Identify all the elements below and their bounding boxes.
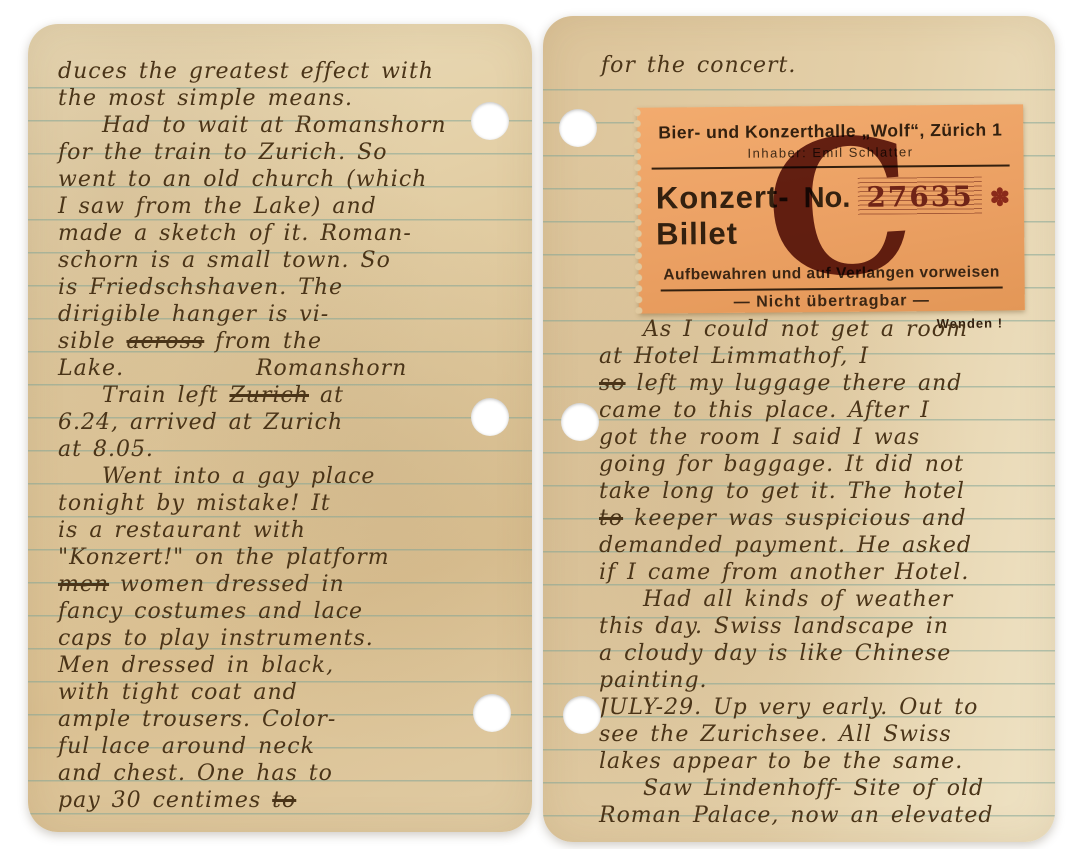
- text-segment: Roman Palace, now an elevated: [599, 803, 993, 828]
- text-segment: came to this place. After I: [599, 398, 930, 423]
- text-segment: JULY-29. Up very early. Out to: [599, 695, 978, 720]
- handwritten-line: Lake. Romanshorn: [58, 355, 518, 382]
- punch-hole: [563, 696, 601, 734]
- handwritten-line: demanded payment. He asked: [599, 532, 1047, 559]
- text-segment: 6.24, arrived at Zurich: [58, 410, 343, 435]
- text-segment: caps to play instruments.: [58, 626, 374, 651]
- stamp-letter-c: C: [761, 124, 918, 293]
- text-segment: ful lace around neck: [58, 734, 315, 759]
- handwritten-line: Train left Zurich at: [58, 382, 518, 409]
- handwritten-line: JULY-29. Up very early. Out to: [599, 694, 1047, 721]
- handwritten-line: fancy costumes and lace: [58, 598, 518, 625]
- text-segment: with tight coat and: [58, 680, 298, 705]
- handwritten-line: at Hotel Limmathof, I: [599, 343, 1047, 370]
- text-segment: pay 30 centimes: [58, 788, 272, 813]
- handwritten-line: is Friedschshaven. The: [58, 274, 518, 301]
- handwritten-line: Went into a gay place: [58, 463, 518, 490]
- text-segment: and chest. One has to: [58, 761, 333, 786]
- handwritten-line: for the train to Zurich. So: [58, 139, 518, 166]
- text-segment: demanded payment. He asked: [599, 533, 972, 558]
- handwritten-line: for the concert.: [601, 52, 796, 79]
- handwritten-line: went to an old church (which: [58, 166, 518, 193]
- punch-hole: [559, 109, 597, 147]
- handwritten-line: schorn is a small town. So: [58, 247, 518, 274]
- handwritten-line: sible across from the: [58, 328, 518, 355]
- text-segment: As I could not get a room: [599, 317, 968, 342]
- handwritten-line: Men dressed in black,: [58, 652, 518, 679]
- text-segment: if I came from another Hotel.: [599, 560, 969, 585]
- punch-hole: [473, 694, 511, 732]
- handwritten-line: got the room I said I was: [599, 424, 1047, 451]
- text-segment: take long to get it. The hotel: [599, 479, 965, 504]
- handwritten-line: duces the greatest effect with: [58, 58, 518, 85]
- text-segment: women dressed in: [109, 572, 345, 597]
- handwritten-line: is a restaurant with: [58, 517, 518, 544]
- struck-text: men: [58, 572, 109, 597]
- text-segment: Went into a gay place: [58, 464, 375, 489]
- text-segment: painting.: [599, 668, 708, 693]
- handwritten-line: painting.: [599, 667, 1047, 694]
- handwritten-line: As I could not get a room: [599, 316, 1047, 343]
- text-segment: Lake. Romanshorn: [58, 356, 407, 381]
- handwritten-line: men women dressed in: [58, 571, 518, 598]
- text-segment: dirigible hanger is vi-: [58, 302, 329, 327]
- struck-text: across: [126, 329, 204, 354]
- text-segment: tonight by mistake! It: [58, 491, 331, 516]
- text-segment: made a sketch of it. Roman-: [58, 221, 412, 246]
- handwritten-line: and chest. One has to: [58, 760, 518, 787]
- text-segment: this day. Swiss landscape in: [599, 614, 949, 639]
- text-segment: duces the greatest effect with: [58, 59, 434, 84]
- struck-text: Zurich: [230, 383, 310, 408]
- text-segment: I saw from the Lake) and: [58, 194, 377, 219]
- handwritten-line: caps to play instruments.: [58, 625, 518, 652]
- handwritten-line: at 8.05.: [58, 436, 518, 463]
- text-segment: see the Zurichsee. All Swiss: [599, 722, 952, 747]
- text-segment: for the train to Zurich. So: [58, 140, 387, 165]
- handwritten-line: so left my luggage there and: [599, 370, 1047, 397]
- struck-text: to: [599, 506, 623, 531]
- handwritten-line: take long to get it. The hotel: [599, 478, 1047, 505]
- text-segment: at 8.05.: [58, 437, 154, 462]
- text-segment: keeper was suspicious and: [623, 506, 967, 531]
- text-segment: Saw Lindenhoff- Site of old: [599, 776, 984, 801]
- handwritten-line: going for baggage. It did not: [599, 451, 1047, 478]
- text-segment: sible: [58, 329, 126, 354]
- concert-ticket: Bier- und Konzerthalle „Wolf“, Zürich 1 …: [637, 104, 1025, 313]
- handwritten-line: ample trousers. Color-: [58, 706, 518, 733]
- handwritten-line: came to this place. After I: [599, 397, 1047, 424]
- diary-left-page: duces the greatest effect withthe most s…: [28, 24, 532, 832]
- text-segment: is Friedschshaven. The: [58, 275, 343, 300]
- handwritten-line: dirigible hanger is vi-: [58, 301, 518, 328]
- punch-hole: [561, 403, 599, 441]
- text-segment: at: [309, 383, 344, 408]
- asterisk-icon: ✽: [990, 183, 1010, 212]
- struck-text: so: [599, 371, 626, 396]
- handwritten-line: 6.24, arrived at Zurich: [58, 409, 518, 436]
- handwritten-line: made a sketch of it. Roman-: [58, 220, 518, 247]
- handwritten-line: see the Zurichsee. All Swiss: [599, 721, 1047, 748]
- text-segment: Had to wait at Romanshorn: [58, 113, 447, 138]
- handwritten-line: lakes appear to be the same.: [599, 748, 1047, 775]
- handwritten-line: Had all kinds of weather: [599, 586, 1047, 613]
- text-segment: a cloudy day is like Chinese: [599, 641, 951, 666]
- handwritten-line: Roman Palace, now an elevated: [599, 802, 1047, 829]
- text-segment: Had all kinds of weather: [599, 587, 953, 612]
- struck-text: to: [272, 788, 296, 813]
- text-segment: Men dressed in black,: [58, 653, 334, 678]
- text-segment: lakes appear to be the same.: [599, 749, 963, 774]
- handwritten-line: I saw from the Lake) and: [58, 193, 518, 220]
- handwritten-line: to keeper was suspicious and: [599, 505, 1047, 532]
- handwritten-line: pay 30 centimes to: [58, 787, 518, 814]
- handwritten-line: a cloudy day is like Chinese: [599, 640, 1047, 667]
- text-segment: left my luggage there and: [626, 371, 963, 396]
- text-segment: got the room I said I was: [599, 425, 920, 450]
- handwritten-line: ful lace around neck: [58, 733, 518, 760]
- text-segment: ample trousers. Color-: [58, 707, 336, 732]
- punch-hole: [471, 102, 509, 140]
- handwritten-line: with tight coat and: [58, 679, 518, 706]
- text-segment: the most simple means.: [58, 86, 353, 111]
- text-segment: "Konzert!" on the platform: [58, 545, 390, 570]
- left-page-text: duces the greatest effect withthe most s…: [58, 58, 518, 814]
- text-segment: is a restaurant with: [58, 518, 306, 543]
- handwritten-line: "Konzert!" on the platform: [58, 544, 518, 571]
- text-segment: fancy costumes and lace: [58, 599, 363, 624]
- handwritten-line: this day. Swiss landscape in: [599, 613, 1047, 640]
- text-segment: going for baggage. It did not: [599, 452, 964, 477]
- text-segment: Train left: [58, 383, 230, 408]
- text-segment: went to an old church (which: [58, 167, 427, 192]
- text-segment: schorn is a small town. So: [58, 248, 391, 273]
- handwritten-line: if I came from another Hotel.: [599, 559, 1047, 586]
- diary-right-page: for the concert. Bier- und Konzerthalle …: [543, 16, 1055, 842]
- text-segment: from the: [204, 329, 322, 354]
- right-page-top-line: for the concert.: [601, 52, 796, 79]
- right-page-text: As I could not get a roomat Hotel Limmat…: [599, 316, 1047, 829]
- handwritten-line: tonight by mistake! It: [58, 490, 518, 517]
- handwritten-line: Saw Lindenhoff- Site of old: [599, 775, 1047, 802]
- punch-hole: [471, 398, 509, 436]
- handwritten-line: Had to wait at Romanshorn: [58, 112, 518, 139]
- text-segment: at Hotel Limmathof, I: [599, 344, 869, 369]
- handwritten-line: the most simple means.: [58, 85, 518, 112]
